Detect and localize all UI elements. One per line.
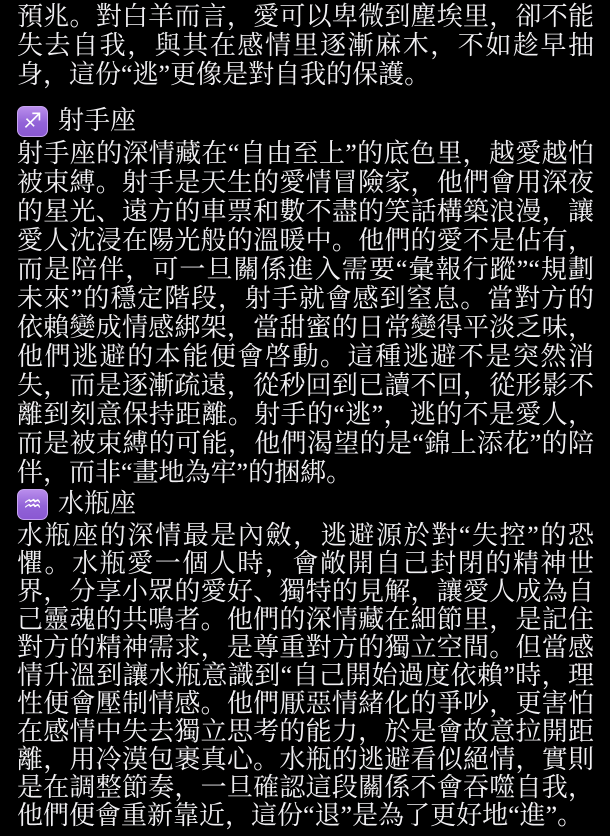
text-line: 離，用冷漠包裹真心。水瓶的逃避看似絕情，實則 bbox=[17, 746, 594, 774]
aquarius-title: 水瓶座 bbox=[58, 488, 136, 520]
text-line: 在感情中失去獨立思考的能力，於是會故意拉開距 bbox=[17, 718, 594, 746]
text-line: 界，分享小眾的愛好、獨特的見解，讓愛人成為自 bbox=[17, 578, 594, 606]
article-page: { "page": { "background": "#000000", "te… bbox=[0, 0, 610, 836]
text-line: 性便會壓制情感。他們厭惡情緒化的爭吵，更害怕 bbox=[17, 690, 594, 718]
sagittarius-icon: ♐ bbox=[17, 106, 48, 137]
text-line: 而是被束縛的可能，他們渴望的是“錦上添花”的陪 bbox=[17, 429, 594, 458]
sagittarius-title: 射手座 bbox=[58, 105, 136, 137]
text-line: 失，而是逐漸疏遠，從秒回到已讀不回，從形影不 bbox=[17, 371, 594, 400]
text-line: 離到刻意保持距離。射手的“逃”，逃的不是愛人， bbox=[17, 400, 594, 429]
text-line: 水瓶座的深情最是內斂，逃避源於對“失控”的恐 bbox=[17, 522, 594, 550]
aquarius-paragraph: 水瓶座的深情最是內斂，逃避源於對“失控”的恐 懼。水瓶愛一個人時，會敞開自己封閉… bbox=[17, 522, 594, 830]
text-line: 是在調整節奏，一旦確認這段關係不會吞噬自我， bbox=[17, 774, 594, 802]
text-line: 對方的精神需求，是尊重對方的獨立空間。但當感 bbox=[17, 634, 594, 662]
sagittarius-paragraph: 射手座的深情藏在“自由至上”的底色里，越愛越怕 被束縛。射手是天生的愛情冒險家，… bbox=[17, 139, 594, 487]
text-line: 他們逃避的本能便會啓動。這種逃避不是突然消 bbox=[17, 342, 594, 371]
text-line: 情升溫到讓水瓶意識到“自己開始過度依賴”時，理 bbox=[17, 662, 594, 690]
aries-paragraph-continuation: 預兆。對白羊而言，愛可以卑微到塵埃里，卻不能 失去自我，與其在感情里逐漸麻木，不… bbox=[17, 2, 594, 89]
text-line: 身，這份“逃”更像是對自我的保護。 bbox=[17, 60, 594, 89]
text-line: 未來”的穩定階段，射手就會感到窒息。當對方的 bbox=[17, 284, 594, 313]
text-line: 的星光、遠方的車票和數不盡的笑話構築浪漫，讓 bbox=[17, 197, 594, 226]
text-line: 射手座的深情藏在“自由至上”的底色里，越愛越怕 bbox=[17, 139, 594, 168]
text-line: 己靈魂的共鳴者。他們的深情藏在細節里，是記住 bbox=[17, 606, 594, 634]
text-line: 失去自我，與其在感情里逐漸麻木，不如趁早抽 bbox=[17, 31, 594, 60]
text-line: 依賴變成情感綁架，當甜蜜的日常變得平淡乏味， bbox=[17, 313, 594, 342]
text-line: 懼。水瓶愛一個人時，會敞開自己封閉的精神世 bbox=[17, 550, 594, 578]
aquarius-icon: ♒ bbox=[17, 489, 48, 520]
text-line: 被束縛。射手是天生的愛情冒險家，他們會用深夜 bbox=[17, 168, 594, 197]
aquarius-heading: ♒ 水瓶座 bbox=[17, 488, 594, 520]
text-line: 而是陪伴，可一旦關係進入需要“彙報行蹤”“規劃 bbox=[17, 255, 594, 284]
text-line: 愛人沈浸在陽光般的溫暖中。他們的愛不是佔有， bbox=[17, 226, 594, 255]
text-line: 伴，而非“畫地為牢”的捆綁。 bbox=[17, 458, 594, 487]
text-line: 他們便會重新靠近，這份“退”是為了更好地“進”。 bbox=[17, 802, 594, 830]
sagittarius-heading: ♐ 射手座 bbox=[17, 105, 594, 137]
text-line: 預兆。對白羊而言，愛可以卑微到塵埃里，卻不能 bbox=[17, 2, 594, 31]
